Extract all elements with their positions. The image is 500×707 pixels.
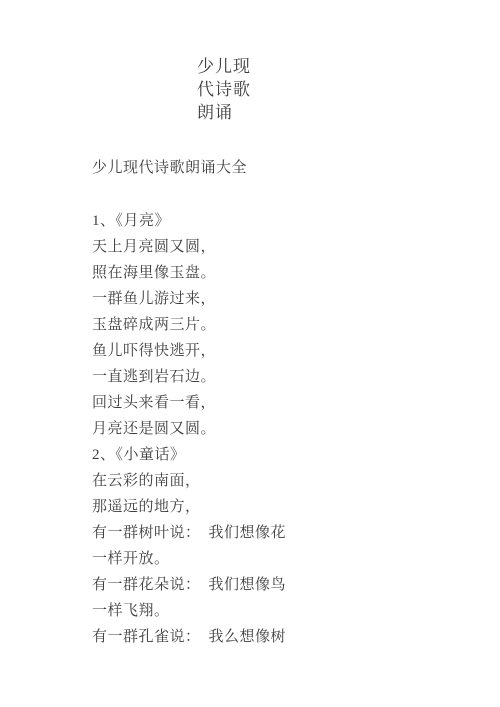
document-title: 少儿现 代诗歌 朗诵 (197, 55, 500, 124)
poem-line: 一群鱼儿游过来， (92, 291, 500, 307)
poem-line: 一直逃到岩石边。 (92, 369, 500, 385)
poem-line: 玉盘碎成两三片。 (92, 317, 500, 333)
poem-line: 天上月亮圆又圆， (92, 239, 500, 255)
document-title-line-1: 少儿现 (197, 55, 500, 78)
poem-line: 一样飞翔。 (92, 603, 500, 619)
poem-line: 回过头来看一看， (92, 395, 500, 411)
poem-1-heading: 1、《月亮》 (92, 213, 500, 229)
poem-2-heading: 2、《小童话》 (92, 447, 500, 463)
poem-line: 照在海里像玉盘。 (92, 265, 500, 281)
document-subtitle: 少儿现代诗歌朗诵大全 (92, 160, 500, 176)
document-title-line-2: 代诗歌 (197, 78, 500, 101)
poem-line: 月亮还是圆又圆。 (92, 421, 500, 437)
document-page: 少儿现 代诗歌 朗诵 少儿现代诗歌朗诵大全 1、《月亮》 天上月亮圆又圆， 照在… (0, 0, 500, 707)
poem-line: 有一群孔雀说： 我么想像树 (92, 629, 500, 645)
poem-line: 有一群树叶说： 我们想像花 (92, 525, 500, 541)
poem-line: 那遥远的地方， (92, 499, 500, 515)
poem-line: 一样开放。 (92, 551, 500, 567)
poem-line: 在云彩的南面， (92, 473, 500, 489)
poem-line: 有一群花朵说： 我们想像鸟 (92, 577, 500, 593)
poem-line: 鱼儿吓得快逃开， (92, 343, 500, 359)
document-title-line-3: 朗诵 (197, 101, 500, 124)
